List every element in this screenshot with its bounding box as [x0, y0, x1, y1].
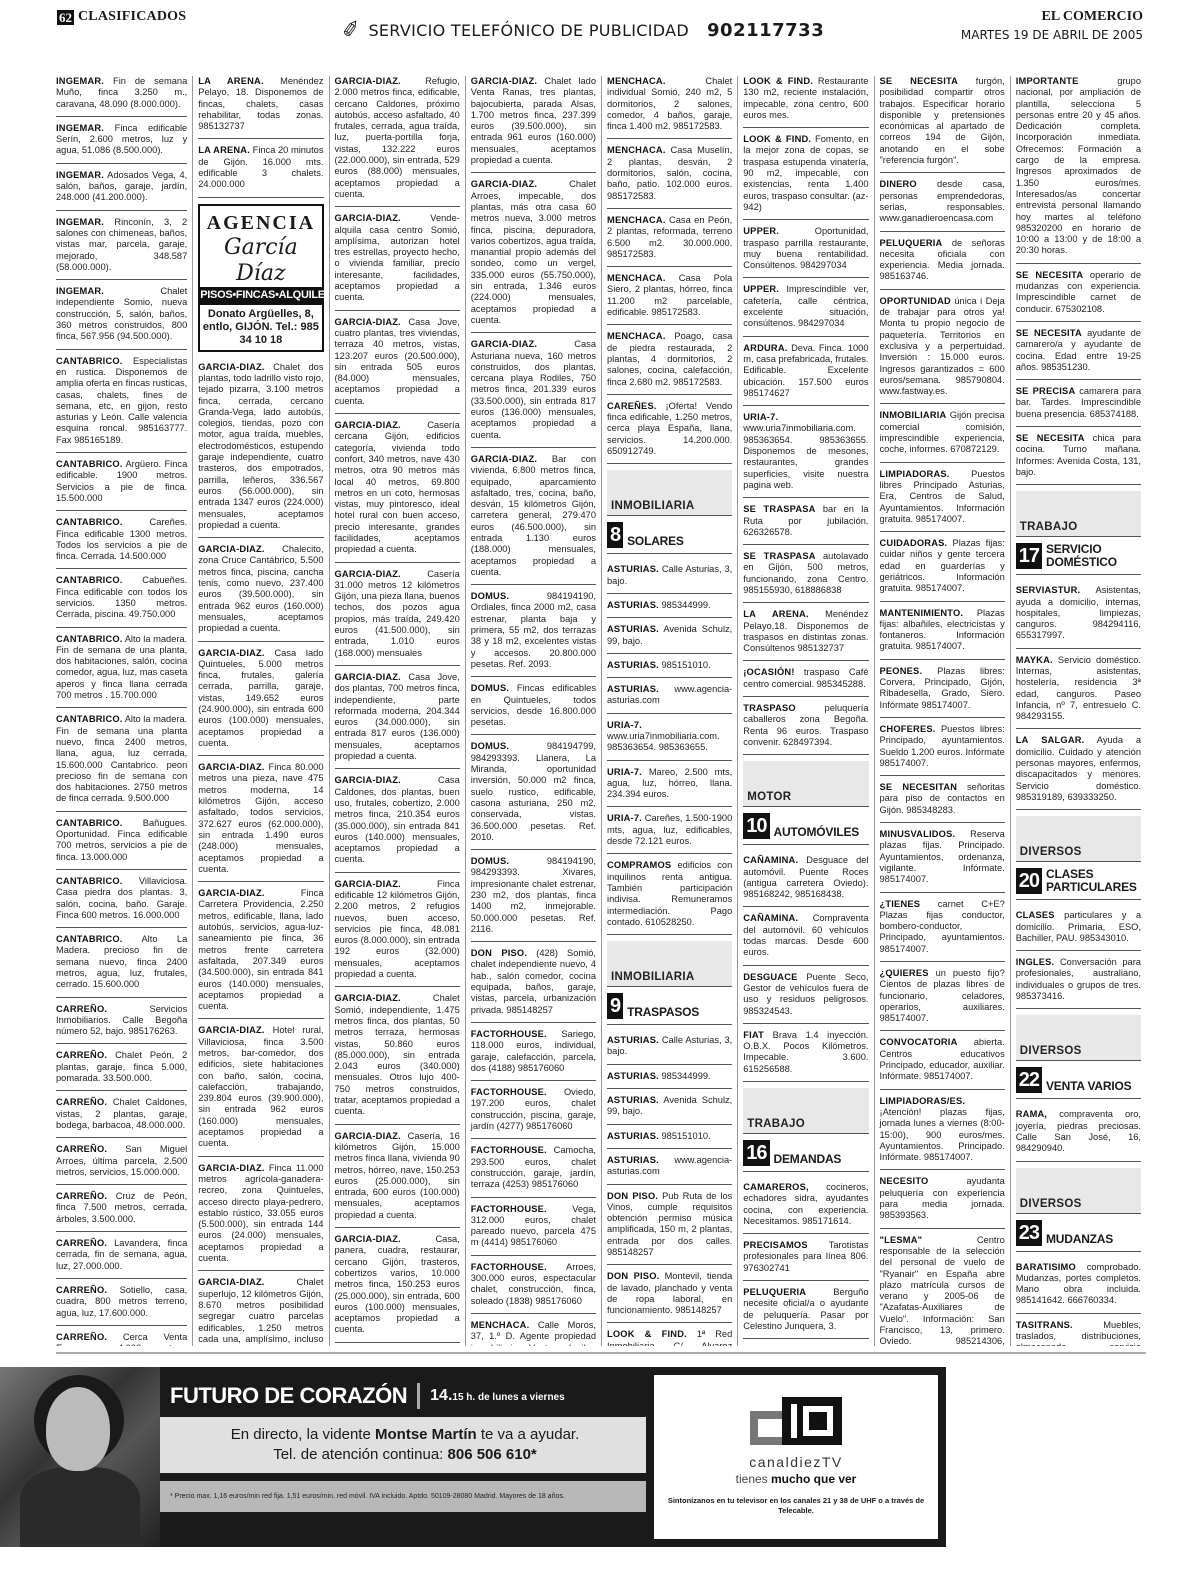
classified-ad: ¡OCASIÓN! traspaso Café centro comercial…	[743, 667, 868, 697]
advertiser-name: TASITRANS.	[1016, 1320, 1073, 1330]
advertiser-name: GARCIA-DIAZ.	[335, 213, 401, 223]
section-heading: 23MUDANZAS	[1016, 1214, 1141, 1252]
classified-ad: TRASPASO peluquería caballeros zona Bego…	[743, 703, 868, 755]
classified-ad: NECESITO ayudanta peluquería con experie…	[880, 1176, 1005, 1228]
advertiser-name: LA SALGAR.	[1016, 735, 1085, 745]
advertiser-name: ASTURIAS.	[607, 660, 659, 670]
classified-ad: ARDURA. Deva. Finca. 1000 m, casa prefab…	[743, 343, 868, 406]
classified-ad: LA SALGAR. Ayuda a domicilio. Cuidado y …	[1016, 735, 1141, 810]
section-title: AUTOMÓVILES	[774, 826, 860, 839]
classified-ad: ASTURIAS. Avenida Schulz, 99, bajo.	[607, 1095, 732, 1125]
show-title: FUTURO DE CORAZÓN	[170, 1383, 407, 1409]
classified-ad: CARREÑO. Chalet Caldones, vistas, 2 plan…	[56, 1097, 187, 1138]
classified-ad: CANTABRICO. Alto La Madera. precioso fin…	[56, 934, 187, 997]
ad-text: Casa Caldones, dos plantas, buen uso, fr…	[335, 775, 460, 864]
show-time: 14.15 h. de lunes a viernes	[430, 1387, 565, 1405]
classified-ad: GARCIA-DIAZ. Refugio, 2.000 metros finca…	[335, 76, 460, 207]
advertiser-name: CAMAREROS,	[743, 1182, 809, 1192]
ad-text: Bar con vivienda, 6.800 metros finca, eq…	[471, 454, 596, 577]
advertiser-name: CANTABRICO.	[56, 459, 123, 469]
classified-ad: DON PISO. Pub Ruta de los Vinos, cumple …	[607, 1191, 732, 1266]
classified-ad: URIA-7. Mareo, 2.500 mts, agua, luz, hór…	[607, 767, 732, 808]
ad-text: Casa Jove, cuatro plantas, tres vivienda…	[335, 317, 460, 406]
advertiser-name: MAYKA.	[1016, 655, 1053, 665]
ad-text: 985344999.	[662, 1071, 711, 1081]
ad-text: Casería 31.000 metros 12 kilómetros Gijó…	[335, 569, 460, 658]
ad-text: 984194190, 984293393. Xivares, impresion…	[471, 856, 596, 934]
classified-ad: URIA-7. Careñes, 1.500-1900 mts, agua, l…	[607, 813, 732, 854]
column-8: IMPORTANTE grupo nacional, por ampliació…	[1010, 76, 1146, 1346]
classified-ad: GARCIA-DIAZ. Casa, panera, cuadra, resta…	[335, 1234, 460, 1343]
advertiser-name: OPORTUNIDAD	[880, 296, 951, 306]
advertiser-name: LOOK & FIND.	[743, 76, 813, 86]
advertiser-name: GARCIA-DIAZ.	[471, 454, 537, 464]
ad-text: Finca 11.000 metros agrícola-ganadera-re…	[198, 1163, 323, 1263]
advertiser-name: RAMA,	[1016, 1109, 1047, 1119]
ad-text: www.uria7inmobiliaria.com. 985363654. 98…	[743, 423, 868, 489]
service-label: SERVICIO TELEFÓNICO DE PUBLICIDAD	[368, 21, 689, 40]
classified-ad: UPPER. Imprescindible ver, cafetería, ca…	[743, 284, 868, 336]
ad-text: Chalet superlujo, 12 kilómetros Gijón, 8…	[198, 1277, 323, 1346]
classified-ad: ASTURIAS. Calle Asturias, 3, bajo.	[607, 1035, 732, 1065]
advertiser-name: SE NECESITA	[1016, 433, 1085, 443]
classified-ad: GARCIA-DIAZ. Hotel rural, Villaviciosa, …	[198, 1025, 323, 1156]
classified-ad: CAMAREROS, cocineros, echadores sidra, a…	[743, 1182, 868, 1234]
ad-text: Casa, panera, cuadra, restaurar, cercano…	[335, 1234, 460, 1334]
classified-ad: PRECISAMOS Tarotistas profesionales para…	[743, 1240, 868, 1281]
advertiser-name: FACTORHOUSE.	[471, 1087, 547, 1097]
classified-ad: FIAT Brava 1.4 inyección. O.B.X. Pocos K…	[743, 1030, 868, 1082]
column-2: LA ARENA. Menéndez Pelayo, 18. Disponemo…	[192, 76, 328, 1346]
advertiser-name: FIAT	[743, 1030, 764, 1040]
advertiser-name: GARCIA-DIAZ.	[198, 888, 264, 898]
advertiser-name: CANTABRICO.	[56, 934, 123, 944]
column-6: LOOK & FIND. Restaurante 130 m2, recient…	[737, 76, 873, 1346]
section-heading: 16DEMANDAS	[743, 1134, 868, 1172]
classified-ad: MENCHACA. Casa en Peón, 2 plantas, refor…	[607, 215, 732, 267]
classified-ad: IMPORTANTE grupo nacional, por ampliació…	[1016, 76, 1141, 264]
advertiser-name: DESGUACE	[743, 972, 797, 982]
classified-ad: INGEMAR. Finca edificable Serín, 2.600 m…	[56, 123, 187, 164]
classified-ad: CANTABRICO. Careñes. Finca edificable 13…	[56, 517, 187, 569]
advertiser-name: CARREÑO.	[56, 1332, 107, 1342]
advertiser-name: IMPORTANTE	[1016, 76, 1079, 86]
advertiser-name: COMPRAMOS	[607, 860, 671, 870]
section-heading: 17SERVICIO DOMÉSTICO	[1016, 537, 1141, 575]
advertiser-name: URIA-7.	[743, 412, 778, 422]
advertiser-name: INGEMAR.	[56, 170, 104, 180]
advertiser-name: GARCIA-DIAZ.	[335, 420, 401, 430]
section-title: SERVICIO DOMÉSTICO	[1046, 543, 1141, 569]
ad-text: ¡Atención! plazas fijas, jornada lunes a…	[880, 1107, 1005, 1162]
ad-text: Finca edificable 12 kilómetros Gijón, 2.…	[335, 879, 460, 979]
category-label: MOTOR	[747, 791, 791, 803]
advertiser-name: ASTURIAS.	[607, 564, 659, 574]
service-phone: 902117733	[707, 20, 824, 41]
advertiser-name: ASTURIAS.	[607, 1131, 659, 1141]
advertiser-name: TRASPASO	[743, 703, 796, 713]
section-number: 20	[1016, 868, 1042, 894]
page-number: 62	[57, 10, 74, 25]
advertiser-name: ASTURIAS.	[607, 1035, 659, 1045]
classified-ad: URIA-7. www.uria7inmobiliaria.com. 98536…	[743, 412, 868, 498]
section-number: 9	[607, 993, 623, 1019]
psychic-photo	[0, 1367, 160, 1547]
advertiser-name: CUIDADORAS.	[880, 538, 948, 548]
advertiser-name: UPPER.	[743, 284, 779, 294]
advertiser-name: CANTABRICO.	[56, 575, 123, 585]
advertiser-name: CANTABRICO.	[56, 634, 123, 644]
classified-ad: DOMUS. 984194799, 984293393. Llanera, La…	[471, 741, 596, 850]
column-4: GARCIA-DIAZ. Chalet lado Venta Ranas, tr…	[465, 76, 601, 1346]
advertiser-name: ¿QUIERES	[880, 968, 929, 978]
advertiser-name: CANTABRICO.	[56, 356, 123, 366]
issue-date: MARTES 19 DE ABRIL DE 2005	[961, 28, 1143, 42]
hotline-number: 806 506 610*	[448, 1446, 537, 1463]
advertiser-name: DINERO	[880, 179, 917, 189]
ad-text: Casería, 16 kilómetros Gijón, 15.000 met…	[335, 1131, 460, 1220]
section-number: 17	[1016, 543, 1042, 569]
section-number: 10	[743, 813, 769, 839]
section-heading: 9TRASPASOS	[607, 987, 732, 1025]
classified-ad: GARCIA-DIAZ. Chalecito, zona Cruce Cantá…	[198, 544, 323, 641]
classified-ad: INGEMAR. Chalet independiente Somio, nue…	[56, 286, 187, 349]
advertiser-name: CANTABRICO.	[56, 876, 123, 886]
classified-ad: AZAFATA de vuelo, curso, prácticas, trab…	[743, 1345, 868, 1346]
advertiser-name: SERVIASTUR.	[1016, 585, 1081, 595]
section-heading: 20CLASES PARTICULARES	[1016, 862, 1141, 900]
classified-ad: MENCHACA. Casa Muselín, 2 plantas, desvá…	[607, 145, 732, 208]
classified-ad: BARATISIMO comprobado. Mudanzas, portes …	[1016, 1262, 1141, 1314]
classified-ad: SE NECESITAN señoritas para piso de cont…	[880, 782, 1005, 823]
classified-ad: INGLES. Conversación para profesionales,…	[1016, 957, 1141, 1009]
classified-ad: MANTENIMIENTO. Plazas fijas: albañiles, …	[880, 608, 1005, 660]
classified-ad: DOMUS. Fincas edificables en Quintueles,…	[471, 683, 596, 735]
column-7: SE NECESITA furgón, posibilidad comparti…	[874, 76, 1010, 1346]
classified-ad: CARREÑO. San Miguel Arroes, última parce…	[56, 1144, 187, 1185]
advertiser-name: CAREÑES.	[607, 401, 657, 411]
advertiser-name: DON PISO.	[607, 1191, 658, 1201]
ad-text: Especialistas en rustica. Disponemos de …	[56, 356, 187, 445]
classified-ad: CARREÑO. Chalet Peón, 2 plantas, garaje,…	[56, 1050, 187, 1091]
classified-ad: DESGUACE Puente Seco, Gestor de vehículo…	[743, 972, 868, 1024]
category-header: DIVERSOS	[1016, 816, 1141, 862]
category-label: TRABAJO	[747, 1118, 805, 1130]
advertiser-name: DOMUS.	[471, 741, 509, 751]
section-title: VENTA VARIOS	[1046, 1080, 1131, 1093]
advertiser-name: GARCIA-DIAZ.	[471, 339, 537, 349]
ad-text: Casa lado Quintueles, 5.000 metros finca…	[198, 648, 323, 748]
ad-text: Casa Jove, dos plantas, 700 metros finca…	[335, 672, 460, 761]
classified-ad: INGEMAR. Fin de semana Muño, finca 3.250…	[56, 76, 187, 117]
advertiser-name: CLASES	[1016, 910, 1055, 920]
advertiser-name: URIA-7.	[607, 813, 642, 823]
advertiser-name: ASTURIAS.	[607, 1071, 659, 1081]
classified-ad: ASTURIAS. www.agencia-asturias.com	[607, 1155, 732, 1185]
advertiser-name: GARCIA-DIAZ.	[335, 672, 401, 682]
classified-ad: INGEMAR. Adosados Vega, 4, salón, baños,…	[56, 170, 187, 211]
advertiser-name: INGLES.	[1016, 957, 1055, 967]
classified-ad: CANTABRICO. Alto la madera. Fin de seman…	[56, 714, 187, 811]
category-label: INMOBILIARIA	[611, 500, 694, 512]
advertiser-name: CARREÑO.	[56, 1097, 107, 1107]
classified-ad: DON PISO. (428) Somió, chalet independie…	[471, 948, 596, 1023]
classified-ad: GARCIA-DIAZ. Bar con vivienda, 6.800 met…	[471, 454, 596, 585]
channel-slogan: tienes mucho que ver	[654, 1472, 938, 1486]
advertiser-name: GARCIA-DIAZ.	[471, 179, 537, 189]
classified-ad: ASTURIAS. Avenida Schulz, 99, bajo.	[607, 624, 732, 654]
classified-ad: CANTABRICO. Alto la madera. Fin de seman…	[56, 634, 187, 709]
advertiser-name: GARCIA-DIAZ.	[335, 879, 401, 889]
classified-ad: GARCIA-DIAZ. Finca edificable 12 kilómet…	[335, 879, 460, 988]
telephone-icon: ✐	[340, 17, 362, 45]
classified-ad: ASTURIAS. 985151010.	[607, 1131, 732, 1149]
advertiser-name: LOOK & FIND.	[607, 1329, 687, 1339]
classified-ad: CARREÑO. Cruz de Peón, finca 7.500 metro…	[56, 1191, 187, 1232]
price-footnote: * Precio max. 1,16 euros/min red fija. 1…	[160, 1481, 650, 1512]
advertiser-name: MENCHACA.	[607, 145, 666, 155]
classified-ad: CAÑAMINA. Compraventa del automóvil. 60 …	[743, 913, 868, 965]
classified-ad: DON PISO. Montevil, tienda de lavado, pl…	[607, 1271, 732, 1323]
advertiser-name: DON PISO.	[607, 1271, 659, 1281]
advertiser-name: GARCIA-DIAZ.	[198, 362, 264, 372]
advertiser-name: GARCIA-DIAZ.	[198, 762, 264, 772]
classified-ad: MAYKA. Servicio doméstico. Internas, asi…	[1016, 655, 1141, 730]
advertiser-name: GARCIA-DIAZ.	[335, 993, 401, 1003]
newspaper-name: EL COMERCIO	[961, 9, 1143, 25]
advertiser-name: SE NECESITAN	[880, 782, 958, 792]
classified-ad: MINUSVALIDOS. Reserva plazas fijas. Prin…	[880, 829, 1005, 892]
section-title: MUDANZAS	[1046, 1233, 1113, 1246]
advertiser-name: DON PISO.	[471, 948, 527, 958]
classified-ad: GARCIA-DIAZ. Finca Carretera Providencia…	[198, 888, 323, 1019]
advertiser-name: GARCIA-DIAZ.	[198, 544, 264, 554]
advertiser-name: GARCIA-DIAZ.	[335, 1131, 401, 1141]
classified-ad: ¿QUIERES un puesto fijo? Cientos de plaz…	[880, 968, 1005, 1031]
classified-ad: GARCIA-DIAZ. Chalet superlujo, 12 kilóme…	[198, 1277, 323, 1346]
ad-text: 985151010.	[662, 660, 711, 670]
ad-text: 984194799, 984293393. Llanera, La Mirand…	[471, 741, 596, 841]
channel-brand: canaldiezTV	[654, 1454, 938, 1470]
ad-text: Casería cercana Gijón, edificios categor…	[335, 420, 460, 554]
classified-ad: GARCIA-DIAZ. Chalet lado Venta Ranas, tr…	[471, 76, 596, 173]
advertiser-name: UPPER.	[743, 226, 779, 236]
advertiser-name: INGEMAR.	[56, 123, 104, 133]
classified-ad: MENCHACA. Casa Pola Siero, 2 plantas, hó…	[607, 273, 732, 325]
advertiser-name: CANTABRICO.	[56, 517, 123, 527]
classified-ad: LOOK & FIND. Fomento, en la mejor zona d…	[743, 134, 868, 220]
classified-ad: CANTABRICO. Villaviciosa. Casa piedra do…	[56, 876, 187, 928]
advertiser-name: CANTABRICO.	[56, 818, 123, 828]
advertiser-name: ¿TIENES	[880, 899, 921, 909]
section-heading: 10AUTOMÓVILES	[743, 807, 868, 845]
ad-text: Vende-alquila casa centro Somió, amplísi…	[335, 213, 460, 302]
ad-text: Fomento, en la mejor zona de copas, se t…	[743, 134, 868, 212]
classified-ad: LA ARENA. Menéndez Pelayo,18. Disponemos…	[743, 609, 868, 661]
ad-text: única i Deja de trabajar para otros ya! …	[880, 296, 1005, 396]
advertiser-name: ASTURIAS.	[607, 600, 659, 610]
advertiser-name: CARREÑO.	[56, 1238, 107, 1248]
column-3: GARCIA-DIAZ. Refugio, 2.000 metros finca…	[329, 76, 465, 1346]
classified-ad: MENCHACA. Chalet individual Somió, 240 m…	[607, 76, 732, 139]
classified-ad: GARCIA-DIAZ. Casa Jove, cuatro plantas, …	[335, 317, 460, 414]
section-number: 22	[1016, 1067, 1042, 1093]
advertiser-name: INGEMAR.	[56, 217, 104, 227]
classified-ad: SE NECESITA ayudante de camarero/a y ayu…	[1016, 328, 1141, 380]
classified-ad: OPORTUNIDAD única i Deja de trabajar par…	[880, 296, 1005, 405]
section-number: 23	[1016, 1220, 1042, 1246]
classified-ad: LA ARENA. Finca 20 minutos de Gijón. 16.…	[198, 145, 323, 197]
advertiser-name: URIA-7.	[607, 767, 642, 777]
classified-ad: TASITRANS. Muebles, traslados, distribuc…	[1016, 1320, 1141, 1346]
advertiser-name: ASTURIAS.	[607, 624, 659, 634]
advertiser-name: MENCHACA.	[607, 215, 666, 225]
classified-ad: FACTORHOUSE. Camocha, 293.500 euros, cha…	[471, 1145, 596, 1197]
classified-ad: LIMPIADORAS. Puestos libres Principado A…	[880, 469, 1005, 532]
category-label: TRABAJO	[1020, 521, 1078, 533]
advertiser-name: CANTABRICO.	[56, 714, 123, 724]
classified-ad: MENCHACA. Poago, casa de piedra restaura…	[607, 331, 732, 394]
ad-text: Hotel rural, Villaviciosa, finca 3.500 m…	[198, 1025, 323, 1148]
classified-ad: SERVIASTUR. Asistentas, ayuda a domicili…	[1016, 585, 1141, 648]
classified-ad: ASTURIAS. www.agencia-asturias.com	[607, 684, 732, 714]
ad-text: Centro responsable de la selección del p…	[880, 1235, 1005, 1346]
advertiser-name: GARCIA-DIAZ.	[198, 648, 264, 658]
classified-ad: SE TRASPASA bar en la Ruta por jubilació…	[743, 504, 868, 545]
advertiser-name: FACTORHOUSE.	[471, 1029, 547, 1039]
tv-advertisement-banner: FUTURO DE CORAZÓN 14.15 h. de lunes a vi…	[0, 1367, 1146, 1547]
ad-text: furgón, posibilidad compartir otros trab…	[880, 76, 1005, 165]
advertiser-name: SE NECESITA	[1016, 270, 1084, 280]
advertiser-name: DOMUS.	[471, 591, 509, 601]
ad-text: Refugio, 2.000 metros finca, edificable,…	[335, 76, 460, 199]
classified-ad: GARCIA-DIAZ. Chalet Arroes, impecable, d…	[471, 179, 596, 333]
advertiser-name: SE TRASPASA	[743, 551, 815, 561]
channel-info: Sintonízanos en tu televisor en los cana…	[654, 1496, 938, 1516]
advertiser-name: MENCHACA.	[471, 1320, 530, 1330]
section-number: 16	[743, 1140, 769, 1166]
classified-ad: ASTURIAS. 985151010.	[607, 660, 732, 678]
advertiser-name: LA ARENA.	[743, 609, 808, 619]
classified-ad: LA ARENA. Menéndez Pelayo, 18. Disponemo…	[198, 76, 323, 139]
ad-text: Chalet lado Venta Ranas, tres plantas, b…	[471, 76, 596, 165]
advertiser-name: ¡OCASIÓN!	[743, 667, 794, 677]
classified-ad: DOMUS. 984194190, Ordiales, finca 2000 m…	[471, 591, 596, 677]
ad-text: Chalecito, zona Cruce Cantábrico, 5.500 …	[198, 544, 323, 633]
category-label: INMOBILIARIA	[611, 971, 694, 983]
advertiser-name: CARREÑO.	[56, 1285, 107, 1295]
advertiser-name: NECESITO	[880, 1176, 929, 1186]
category-header: INMOBILIARIA	[607, 941, 732, 987]
section-title: TRASPASOS	[627, 1006, 699, 1019]
classified-ad: CANTABRICO. Bañugues. Oportunidad. Finca…	[56, 818, 187, 870]
classified-ad: FACTORHOUSE. Oviedo, 197.200 euros, chal…	[471, 1087, 596, 1139]
classified-ad: SE NECESITA chica para cocina. Turno mañ…	[1016, 433, 1141, 485]
advertiser-name: SE TRASPASA	[743, 504, 815, 514]
classified-ad: CONVOCATORIA abierta. Centros educativos…	[880, 1037, 1005, 1089]
advertiser-name: MENCHACA.	[607, 273, 666, 283]
channel-ad: canaldiezTV tienes mucho que ver Sintoní…	[646, 1367, 946, 1547]
advertiser-name: INGEMAR.	[56, 76, 104, 86]
classified-ad: FACTORHOUSE. Vega, 312.000 euros, chalet…	[471, 1204, 596, 1256]
advertiser-name: SE NECESITA	[880, 76, 959, 86]
classified-ad: PEONES. Plazas libres: Corvera, Principa…	[880, 666, 1005, 718]
classified-ad: GARCIA-DIAZ. Casería, 16 kilómetros Gijó…	[335, 1131, 460, 1228]
category-label: DIVERSOS	[1020, 1045, 1082, 1057]
classified-ad: GARCIA-DIAZ. Casa Caldones, dos plantas,…	[335, 775, 460, 872]
classifieds-columns: INGEMAR. Fin de semana Muño, finca 3.250…	[56, 76, 1146, 1346]
category-header: DIVERSOS	[1016, 1015, 1141, 1061]
classified-ad: PELUQUERIA de señoras necesita oficiala …	[880, 238, 1005, 290]
section-number: 8	[607, 522, 623, 548]
advertiser-name: BARATISIMO	[1016, 1262, 1076, 1272]
classified-ad: LOOK & FIND. 1ª Red Inmobiliaria C/ Alva…	[607, 1329, 732, 1346]
classified-ad: INGEMAR. Rinconín, 3, 2 salones con chim…	[56, 217, 187, 280]
advertiser-name: GARCIA-DIAZ.	[335, 1234, 401, 1244]
classified-ad: FACTORHOUSE. Sariego, 118.000 euros, ind…	[471, 1029, 596, 1081]
advertiser-name: GARCIA-DIAZ.	[471, 76, 537, 86]
classified-ad: CAÑAMINA. Desguace del automóvil. Puente…	[743, 855, 868, 907]
advertiser-name: DOMUS.	[471, 683, 509, 693]
classified-ad: LOOK & FIND. Restaurante 130 m2, recient…	[743, 76, 868, 128]
ad-text: Alto la madera. Fin de semana una planta…	[56, 714, 187, 803]
advertiser-name: DOMUS.	[471, 856, 509, 866]
section-heading: 8SOLARES	[607, 516, 732, 554]
advertiser-name: PELUQUERIA	[880, 238, 943, 248]
advertiser-name: LA ARENA.	[198, 145, 250, 155]
advertiser-name: CHOFERES.	[880, 724, 936, 734]
ad-text: 985151010.	[662, 1131, 711, 1141]
advertiser-name: CARREÑO.	[56, 1144, 107, 1154]
show-description: En directo, la vidente Montse Martín te …	[160, 1417, 650, 1473]
classified-ad: GARCIA-DIAZ. Vende-alquila casa centro S…	[335, 213, 460, 310]
classified-ad: SE TRASPASA autolavado en Gijón, 500 met…	[743, 551, 868, 603]
masthead: 62 CLASIFICADOS ✐ SERVICIO TELEFÓNICO DE…	[57, 6, 1143, 46]
advertiser-name: CAÑAMINA.	[743, 913, 798, 923]
phone-service: ✐ SERVICIO TELEFÓNICO DE PUBLICIDAD 9021…	[342, 18, 824, 43]
classified-ad: ASTURIAS. Calle Asturias, 3, bajo.	[607, 564, 732, 594]
category-label: DIVERSOS	[1020, 846, 1082, 858]
ad-text: 985344999.	[662, 600, 711, 610]
classified-ad: GARCIA-DIAZ. Casa Jove, dos plantas, 700…	[335, 672, 460, 769]
classified-ad: GARCIA-DIAZ. Finca 80.000 metros una pie…	[198, 762, 323, 882]
advertiser-name: GARCIA-DIAZ.	[198, 1163, 264, 1173]
advertiser-name: LIMPIADORAS.	[880, 469, 950, 479]
classified-ad: RAMA, compraventa oro, joyería, piedras …	[1016, 1109, 1141, 1161]
classified-ad: GARCIA-DIAZ. Casería 31.000 metros 12 ki…	[335, 569, 460, 666]
category-header: INMOBILIARIA	[607, 470, 732, 516]
advertiser-name: LA ARENA.	[198, 76, 263, 86]
classified-ad: URIA-7. www.uria7inmobiliaria.com. 98536…	[607, 720, 732, 761]
ad-text: www.uria7inmobiliaria.com. 985363654. 98…	[607, 731, 720, 752]
advertiser-name: ASTURIAS.	[607, 1155, 659, 1165]
classified-ad: ASTURIAS. 985344999.	[607, 600, 732, 618]
ad-text: grupo nacional, por ampliación de planti…	[1016, 76, 1141, 255]
c10-logo-icon	[750, 1397, 842, 1445]
ad-text: Casa Asturiana nueva, 160 metros constru…	[471, 339, 596, 439]
classified-ad: CARREÑO. Servicios Inmobiliarios. Calle …	[56, 1004, 187, 1045]
advertiser-name: GARCIA-DIAZ.	[198, 1025, 264, 1035]
advertiser-name: MENCHACA.	[607, 331, 666, 341]
category-header: DIVERSOS	[1016, 1168, 1141, 1214]
advertiser-name: GARCIA-DIAZ.	[198, 1277, 264, 1287]
ad-text: Chalet Arroes, impecable, dos plantas, m…	[471, 179, 596, 325]
classified-ad: CLASES particulares y a domicilio. Prima…	[1016, 910, 1141, 951]
classified-ad: CUIDADORAS. Plazas fijas: cuidar niños y…	[880, 538, 1005, 601]
classified-ad: GARCIA-DIAZ. Chalet dos plantas, todo la…	[198, 362, 323, 538]
advertiser-name: CARREÑO.	[56, 1004, 107, 1014]
advertiser-name: LIMPIADORAS/ES.	[880, 1096, 966, 1106]
